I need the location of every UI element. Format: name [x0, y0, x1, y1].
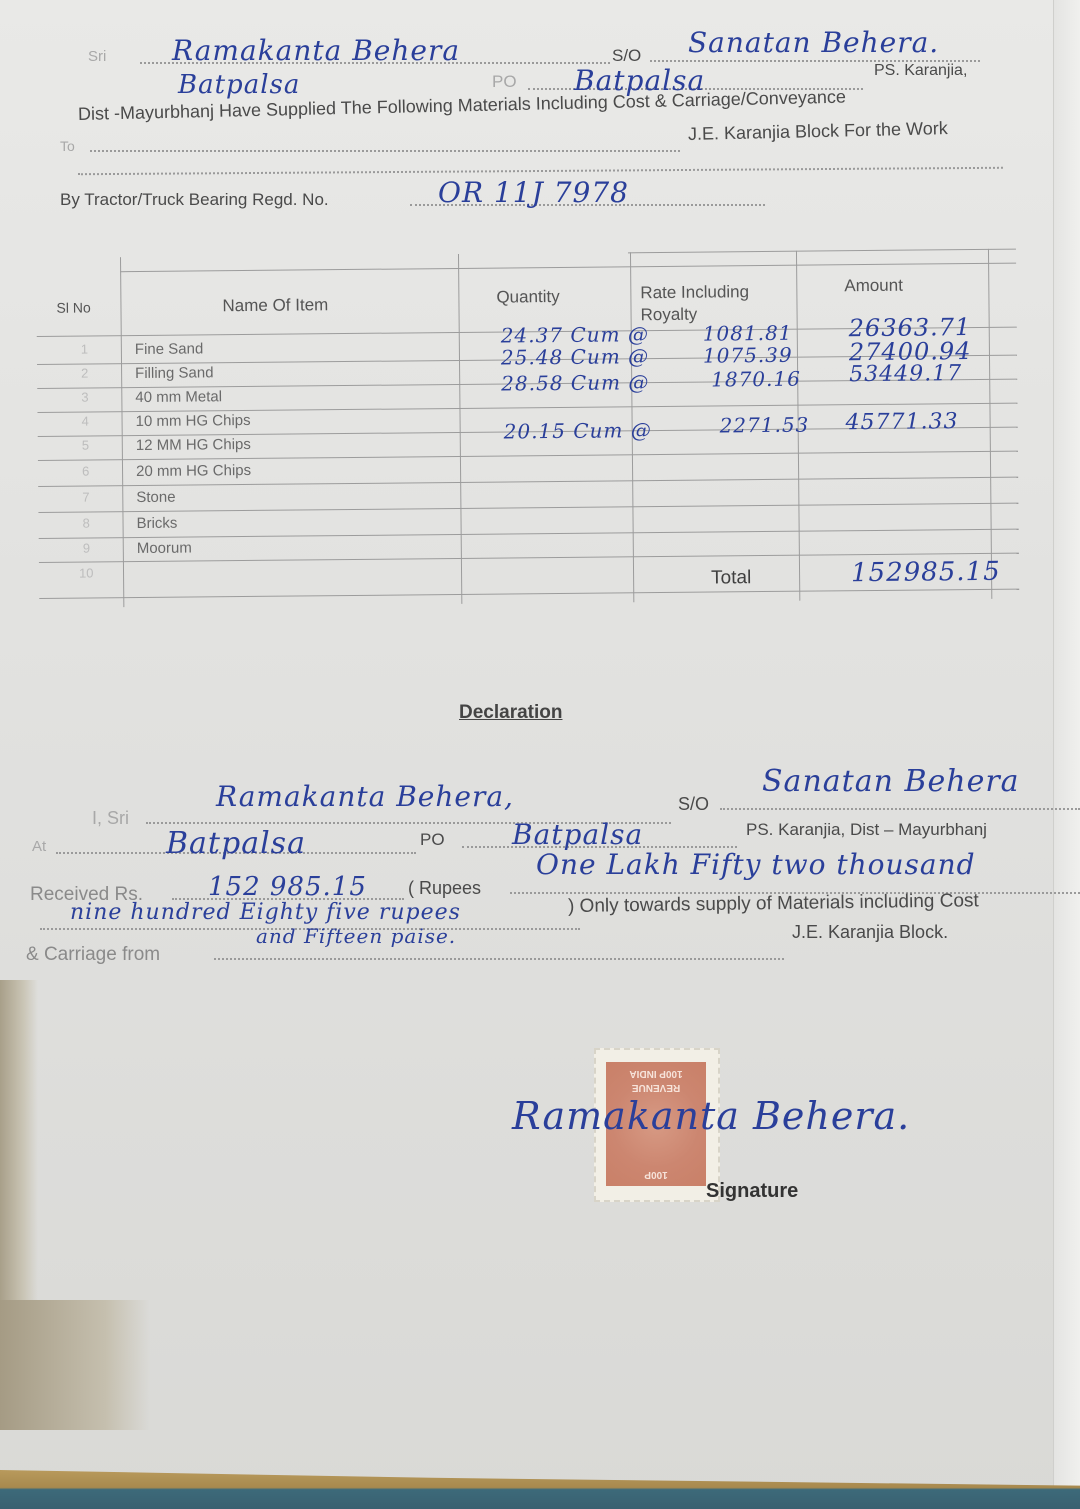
row-item: Fine Sand [135, 340, 204, 358]
col-rate: Rate Including Royalty [640, 281, 790, 326]
stamp-word: REVENUE [606, 1082, 706, 1093]
rupees-words-line3: and Fifteen paise. [256, 924, 456, 948]
paper-right-edge [1053, 0, 1080, 1509]
decl-at-label: At [32, 838, 46, 855]
po-label: PO [492, 72, 517, 92]
rupees-label: ( Rupees [408, 878, 481, 899]
only-towards-text: ) Only towards supply of Materials inclu… [568, 890, 979, 918]
decl-ps-dist: PS. Karanjia, Dist – Mayurbhanj [746, 820, 987, 840]
rupees-words-line2: nine hundred Eighty five rupees [70, 900, 461, 925]
row-item: Moorum [137, 540, 192, 558]
row-item: 12 MM HG Chips [136, 436, 251, 454]
row-sl: 9 [83, 540, 90, 555]
vehicle-label: By Tractor/Truck Bearing Regd. No. [60, 190, 329, 210]
declarant-name: Ramakanta Behera, [216, 780, 514, 813]
desk-edge [0, 1470, 1080, 1509]
signature-label: Signature [706, 1180, 798, 1203]
row-sl: 8 [82, 515, 89, 530]
decl-father-name: Sanatan Behera [762, 764, 1020, 799]
total-label: Total [711, 567, 751, 589]
row-quantity: 25.48 Cum @ [501, 344, 649, 369]
row-rate: 1075.39 [703, 343, 793, 368]
row-item: 10 mm HG Chips [135, 412, 250, 430]
row-sl: 7 [82, 489, 89, 504]
col-item-name: Name Of Item [222, 295, 328, 316]
total-value: 152985.15 [851, 557, 1001, 588]
row-quantity: 20.15 Cum @ [504, 418, 652, 443]
stamp-country: INDIA [629, 1068, 656, 1079]
row-rate: 1870.16 [711, 367, 801, 392]
declaration-heading: Declaration [459, 702, 562, 724]
row-item: Filling Sand [135, 364, 214, 382]
col-amount: Amount [844, 276, 903, 297]
materials-table: Sl No Name Of Item Quantity Rate Includi… [36, 249, 1019, 608]
so-label: S/O [612, 46, 641, 66]
row-sl: 5 [82, 437, 89, 452]
i-sri-label: I, Sri [92, 808, 129, 829]
rupees-words-line1: One Lakh Fifty two thousand [536, 848, 976, 881]
row-rate: 1081.81 [703, 321, 793, 346]
work-line: J.E. Karanjia Block For the Work [688, 118, 948, 145]
supplier-name: Ramakanta Behera [172, 34, 460, 67]
row-sl: 1 [81, 342, 88, 357]
decl-po-label: PO [420, 830, 445, 850]
vehicle-number: OR 11J 7978 [438, 176, 629, 209]
row-rate: 2271.53 [720, 413, 810, 438]
row-item: 40 mm Metal [135, 388, 222, 406]
row-item: Stone [136, 489, 175, 506]
at-value: Batpalsa [178, 70, 300, 100]
col-sl-no: Sl No [56, 299, 90, 315]
row-item: 20 mm HG Chips [136, 462, 251, 480]
je-block-text: J.E. Karanjia Block. [792, 922, 948, 943]
hand-shadow [0, 980, 38, 1340]
row-sl: 4 [81, 414, 88, 429]
row-amount: 53449.17 [849, 361, 962, 387]
row-amount: 45771.33 [845, 409, 958, 435]
signature-handwritten: Ramakanta Behera. [512, 1094, 910, 1138]
row-sl: 10 [79, 565, 94, 580]
row-sl: 6 [82, 463, 89, 478]
father-name: Sanatan Behera. [688, 26, 939, 59]
sri-label: Sri [88, 48, 106, 65]
hand-shadow-lower [0, 1300, 150, 1430]
decl-so-label: S/O [678, 794, 709, 815]
decl-at-value: Batpalsa [166, 826, 306, 861]
row-sl: 3 [81, 390, 88, 405]
row-item: Bricks [136, 515, 177, 532]
to-label: To [60, 138, 75, 154]
carriage-from-label: & Carriage from [26, 944, 160, 966]
row-sl: 2 [81, 366, 88, 381]
received-amount: 152 985.15 [208, 872, 367, 902]
ps-label: PS. Karanjia, [874, 62, 967, 80]
stamp-value-bottom: 100P [606, 1169, 706, 1180]
row-quantity: 28.58 Cum @ [501, 370, 649, 395]
col-quantity: Quantity [496, 287, 560, 308]
stamp-value-top: 100P [659, 1068, 682, 1079]
decl-po-value: Batpalsa [512, 818, 643, 851]
